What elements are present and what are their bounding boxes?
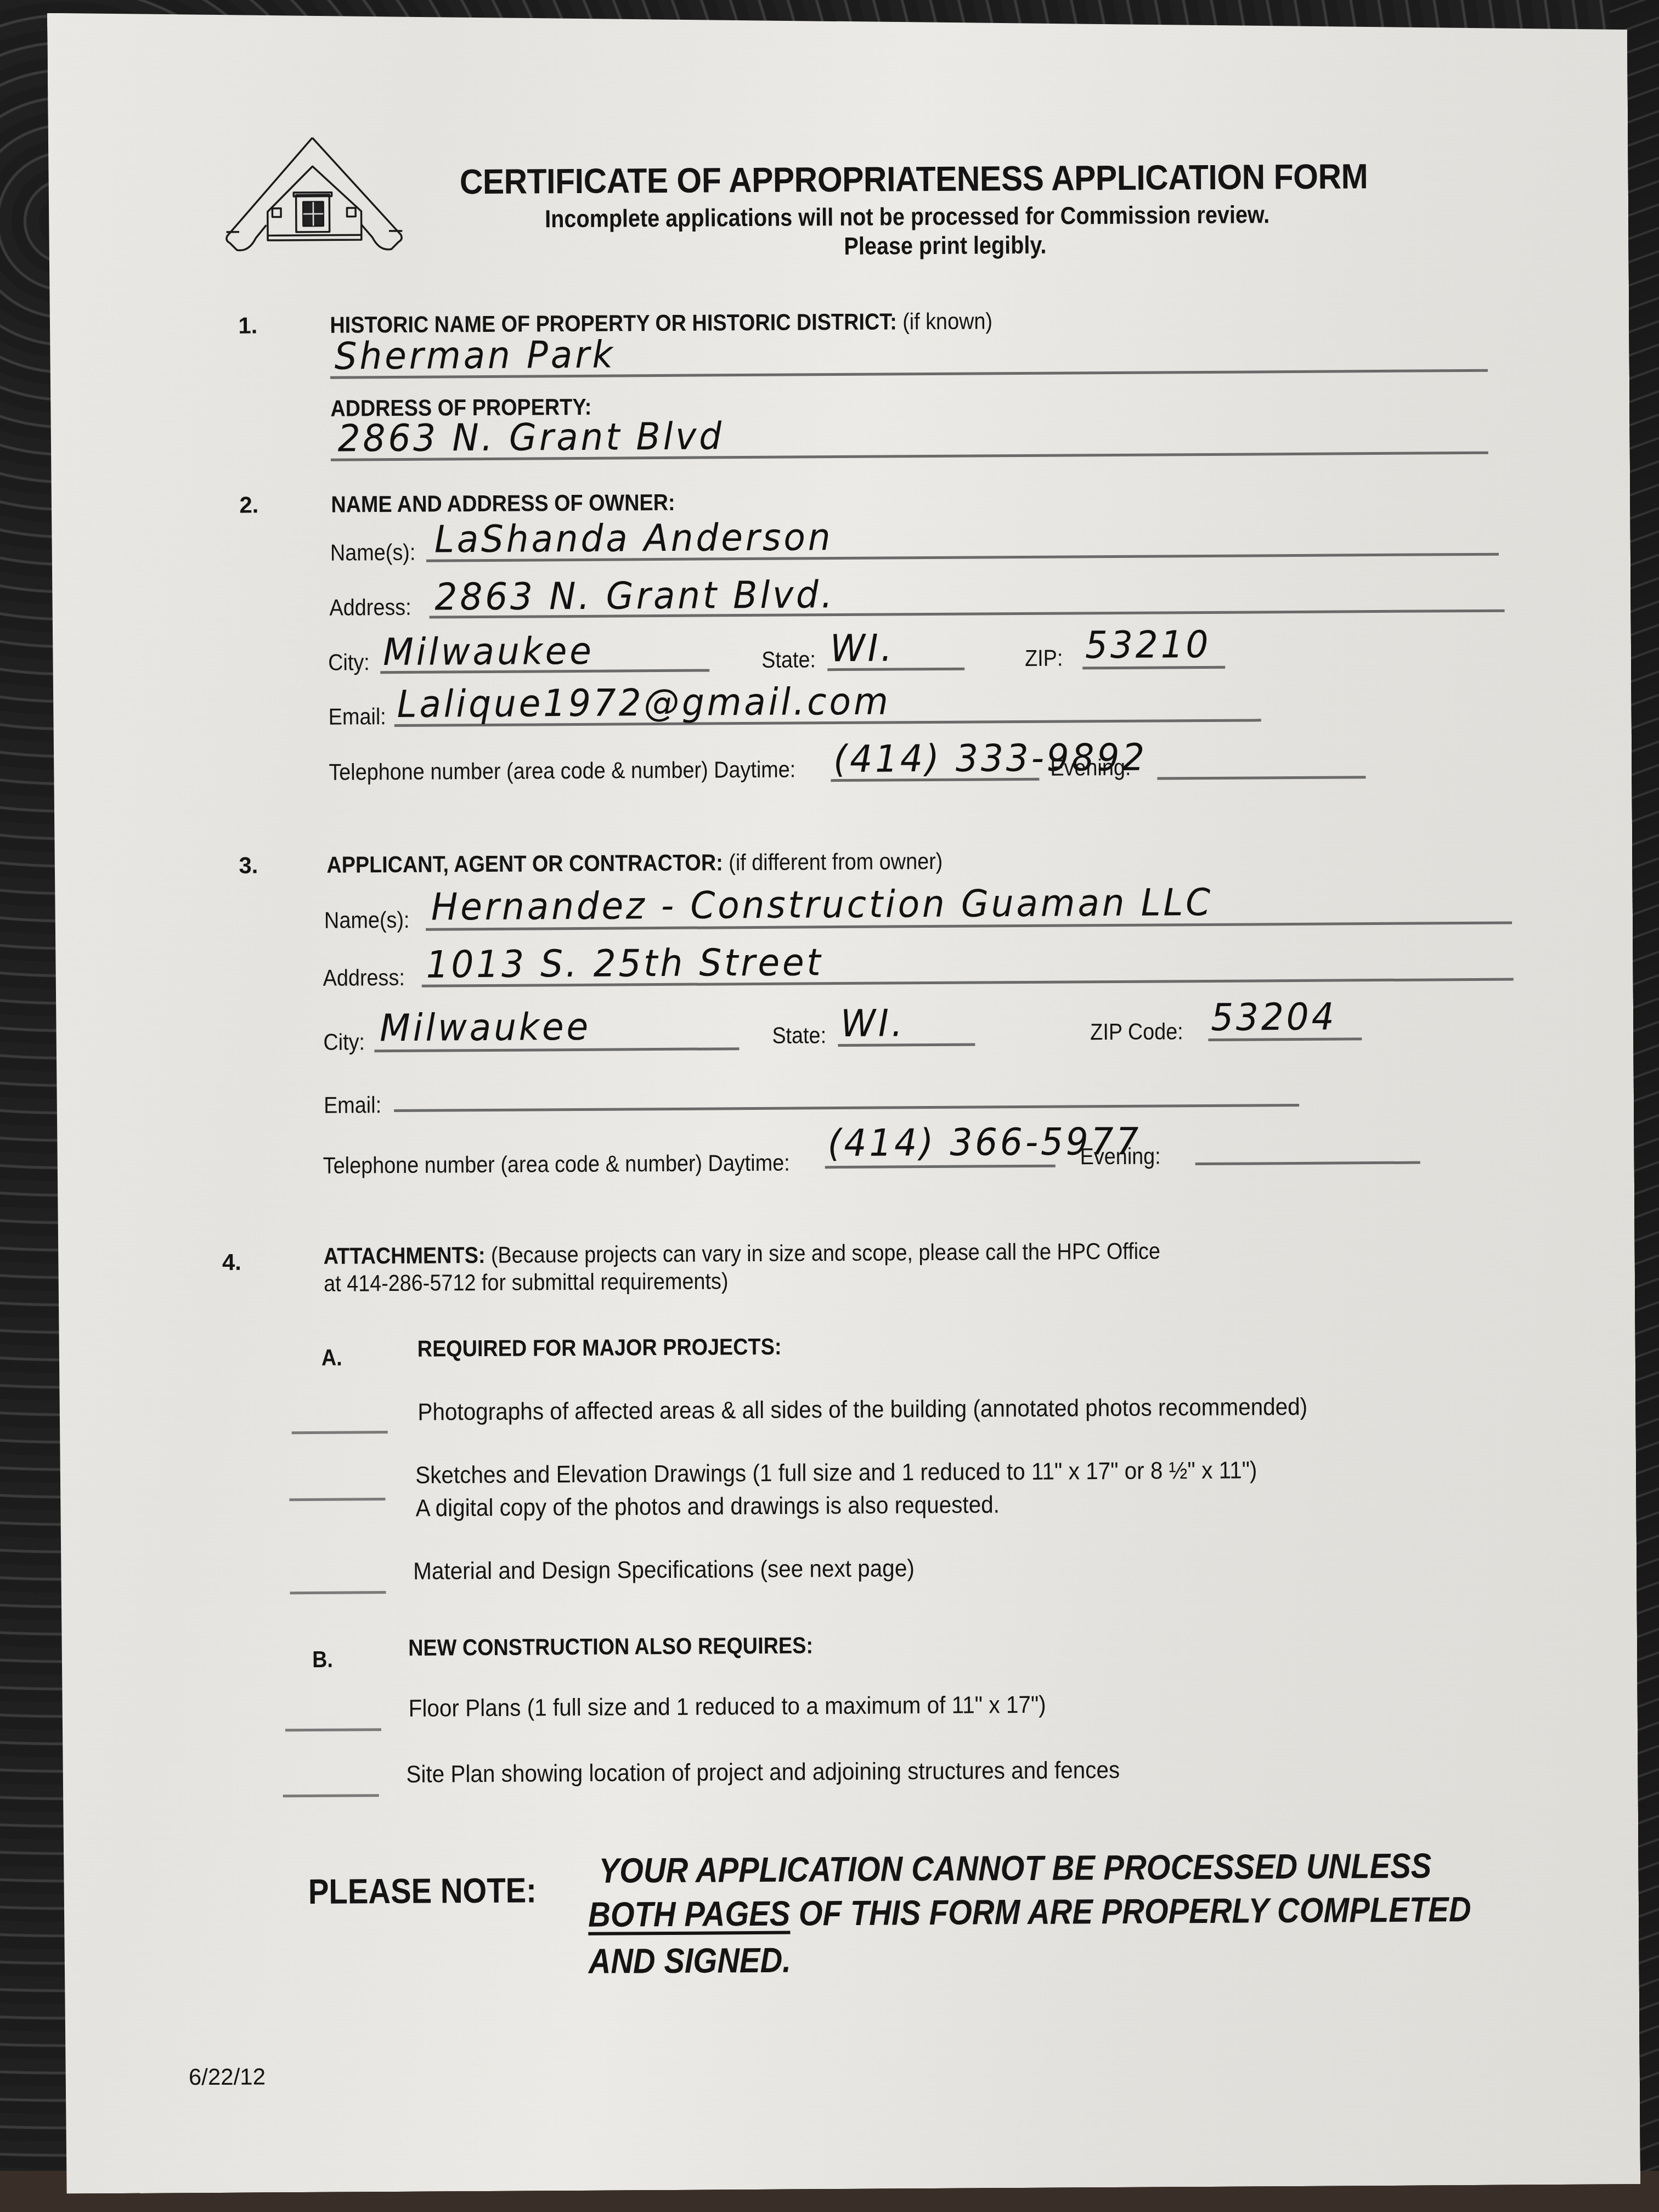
checkbox-material-specs[interactable]: [290, 1591, 386, 1594]
owner-address-label: Address:: [329, 594, 411, 621]
owner-zip-label: ZIP:: [1025, 645, 1063, 672]
form-subtitle: Incomplete applications will not be proc…: [545, 200, 1365, 233]
property-address-field[interactable]: 2863 N. Grant Blvd: [337, 415, 724, 460]
owner-city-field[interactable]: Milwaukee: [383, 630, 594, 674]
please-note-line-3: AND SIGNED.: [588, 1940, 791, 1982]
owner-phone-evening-field[interactable]: [1157, 776, 1365, 780]
owner-name-label: Name(s):: [330, 539, 416, 566]
form-title: CERTIFICATE OF APPROPRIATENESS APPLICATI…: [460, 155, 1469, 202]
item-site-plan: Site Plan showing location of project an…: [406, 1757, 1120, 1788]
attachments-note-line-2: at 414-286-5712 for submittal requiremen…: [324, 1268, 729, 1297]
applicant-city-label: City:: [323, 1029, 365, 1055]
form-instruction: Please print legibly.: [844, 231, 1046, 261]
owner-phone-label: Telephone number (area code & number) Da…: [329, 757, 795, 786]
owner-heading: NAME AND ADDRESS OF OWNER:: [331, 489, 675, 518]
item-sketches: Sketches and Elevation Drawings (1 full …: [415, 1457, 1257, 1489]
owner-state-label: State:: [761, 646, 816, 673]
applicant-email-field[interactable]: [394, 1104, 1299, 1112]
historic-name-note: (if known): [902, 308, 992, 334]
applicant-phone-evening-label: Evening:: [1080, 1143, 1161, 1170]
item-floor-plans: Floor Plans (1 full size and 1 reduced t…: [409, 1691, 1046, 1723]
applicant-heading-label: APPLICANT, AGENT OR CONTRACTOR:: [326, 849, 723, 877]
checkbox-photographs[interactable]: [292, 1431, 388, 1434]
section-2-number: 2.: [239, 492, 258, 518]
applicant-state-field[interactable]: WI.: [840, 1002, 905, 1046]
applicant-heading: APPLICANT, AGENT OR CONTRACTOR: (if diff…: [326, 848, 943, 878]
section-1-number: 1.: [238, 313, 257, 339]
applicant-zip-label: ZIP Code:: [1090, 1018, 1183, 1045]
historic-name-field[interactable]: Sherman Park: [334, 334, 615, 379]
application-form-paper: CERTIFICATE OF APPROPRIATENESS APPLICATI…: [47, 3, 1640, 2194]
applicant-address-label: Address:: [323, 964, 404, 991]
section-1-heading: HISTORIC NAME OF PROPERTY OR HISTORIC DI…: [330, 308, 992, 338]
applicant-address-field[interactable]: 1013 S. 25th Street: [426, 941, 823, 986]
item-sketches-note: A digital copy of the photos and drawing…: [415, 1491, 1000, 1522]
owner-zip-field[interactable]: 53210: [1085, 623, 1211, 667]
please-note-label: PLEASE NOTE:: [308, 1870, 537, 1912]
part-a-letter: A.: [321, 1345, 342, 1371]
house-gable-icon: [212, 118, 427, 267]
section-4-number: 4.: [222, 1249, 241, 1276]
owner-email-field[interactable]: Lalique1972@gmail.com: [397, 680, 890, 726]
checkbox-floor-plans[interactable]: [285, 1728, 381, 1731]
attachments-heading-label: ATTACHMENTS:: [324, 1242, 486, 1269]
please-note-line-1: YOUR APPLICATION CANNOT BE PROCESSED UNL…: [599, 1845, 1431, 1891]
item-material-specs: Material and Design Specifications (see …: [413, 1555, 915, 1585]
checkbox-site-plan[interactable]: [283, 1794, 379, 1797]
applicant-phone-label: Telephone number (area code & number) Da…: [323, 1150, 790, 1179]
both-pages-emphasis: BOTH PAGES: [588, 1894, 791, 1934]
part-a-heading: REQUIRED FOR MAJOR PROJECTS:: [417, 1334, 782, 1362]
checkbox-sketches[interactable]: [289, 1498, 385, 1501]
owner-city-label: City:: [328, 649, 370, 675]
part-b-heading: NEW CONSTRUCTION ALSO REQUIRES:: [408, 1632, 813, 1661]
section-3-number: 3.: [239, 853, 258, 879]
applicant-state-label: State:: [772, 1022, 826, 1049]
applicant-name-label: Name(s):: [324, 907, 410, 934]
please-note-line-2: BOTH PAGES OF THIS FORM ARE PROPERLY COM…: [588, 1889, 1471, 1935]
attachments-note-line-1: (Because projects can vary in size and s…: [491, 1238, 1160, 1267]
attachments-heading: ATTACHMENTS: (Because projects can vary …: [324, 1238, 1160, 1269]
item-photographs: Photographs of affected areas & all side…: [417, 1393, 1307, 1426]
applicant-city-field[interactable]: Milwaukee: [380, 1006, 591, 1050]
please-note-line-2-rest: OF THIS FORM ARE PROPERLY COMPLETED: [790, 1889, 1471, 1933]
applicant-zip-field[interactable]: 53204: [1211, 996, 1337, 1040]
applicant-phone-evening-field[interactable]: [1195, 1161, 1420, 1166]
owner-address-field[interactable]: 2863 N. Grant Blvd.: [435, 573, 835, 619]
part-b-letter: B.: [312, 1646, 333, 1673]
owner-state-field[interactable]: WI.: [830, 627, 895, 670]
owner-email-label: Email:: [329, 703, 386, 730]
applicant-email-label: Email:: [324, 1092, 381, 1119]
applicant-heading-note: (if different from owner): [729, 848, 943, 875]
applicant-name-field[interactable]: Hernandez - Construction Guaman LLC: [431, 881, 1214, 929]
owner-phone-evening-label: Evening:: [1050, 754, 1131, 781]
revision-date: 6/22/12: [189, 2063, 266, 2090]
owner-name-field[interactable]: LaShanda Anderson: [435, 516, 833, 561]
